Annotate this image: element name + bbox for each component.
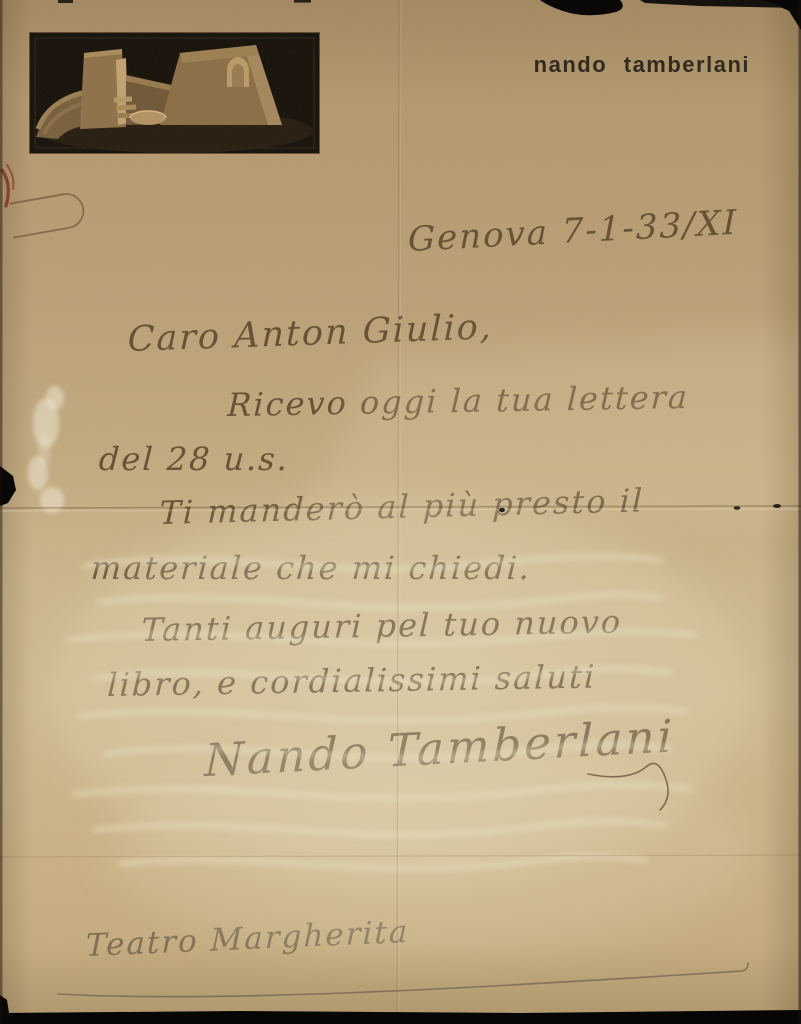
letterhead-photo: [30, 33, 319, 153]
stage-set-photo-illustration: [30, 33, 319, 153]
handwritten-body-line: materiale che mi chiedi.: [90, 549, 532, 587]
scanned-letter-page: nando tamberlani Genova 7-1-33/XI Caro A…: [0, 0, 801, 1024]
handwritten-body-line: Ricevo oggi la tua lettera: [227, 378, 690, 424]
letterhead-name: nando tamberlani: [455, 52, 750, 78]
handwritten-body-line: del 28 u.s.: [98, 440, 290, 478]
